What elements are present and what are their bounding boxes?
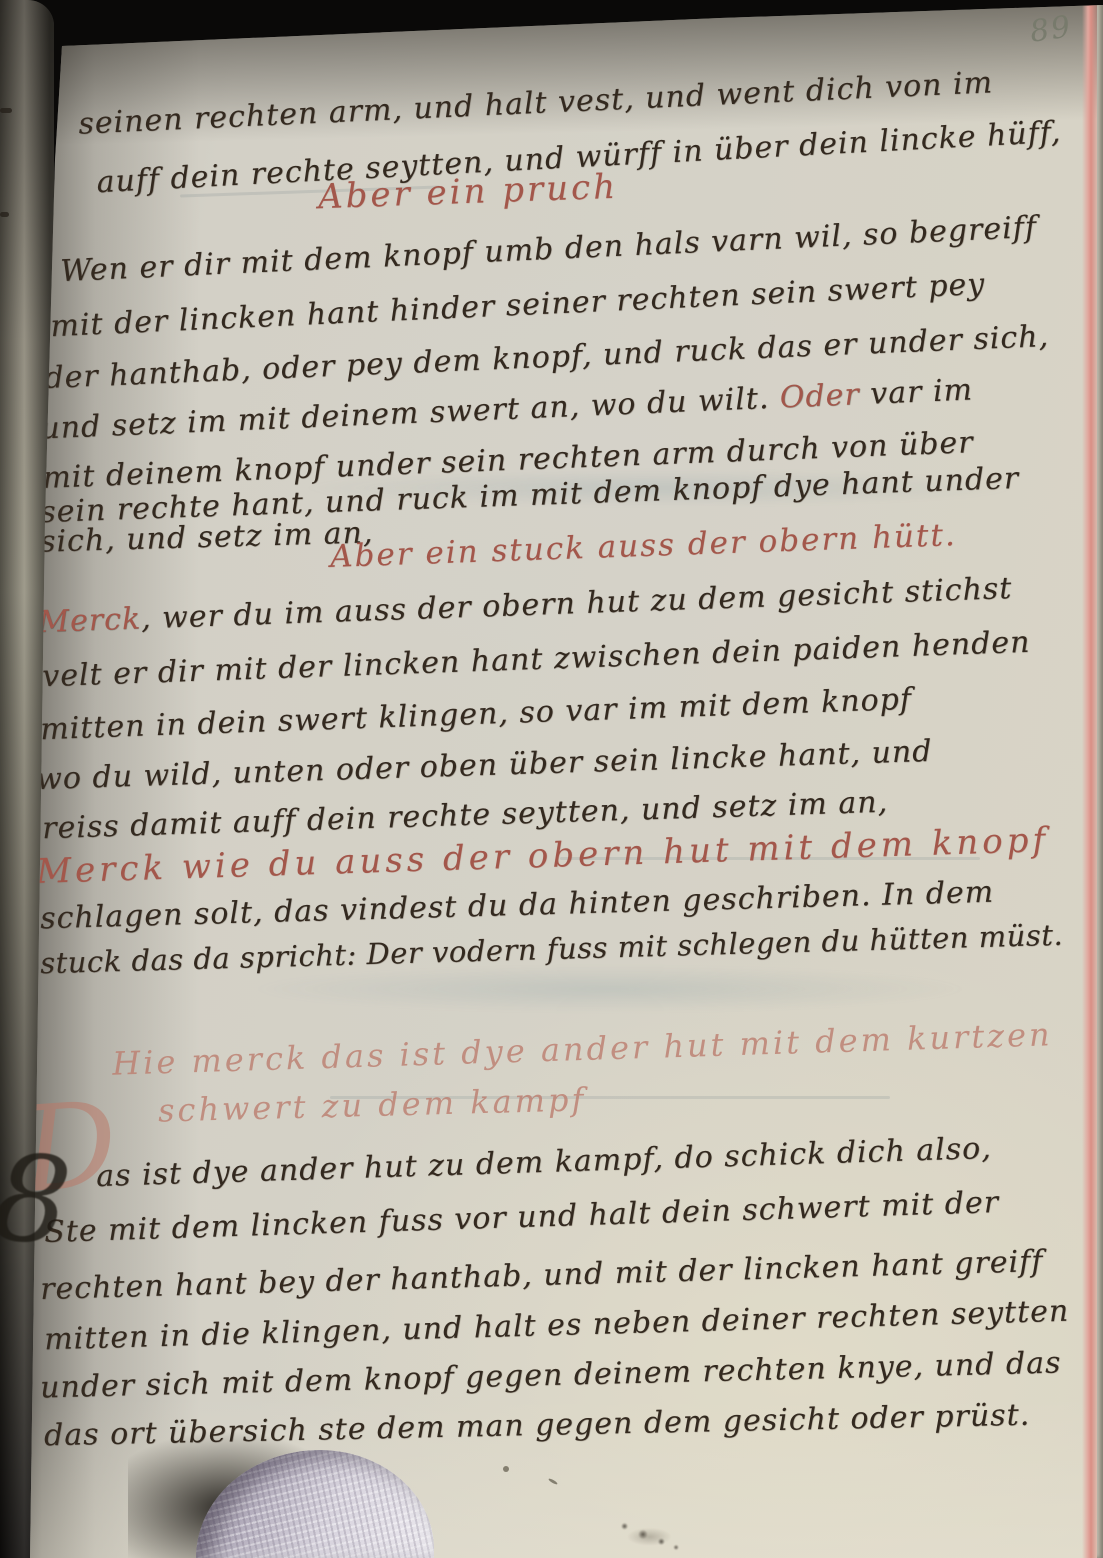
ink-smudge [608, 1508, 700, 1556]
stain [503, 1466, 509, 1472]
text-line: as ist dye ander hut zu dem kampf, do sc… [96, 1131, 993, 1194]
red-fore-edge [1082, 0, 1097, 1558]
text-segment: var im [859, 372, 974, 412]
edge-mark [0, 108, 12, 113]
edge-mark [0, 212, 9, 217]
folio-number: 89 [1028, 9, 1075, 50]
manuscript-page: 89 seinen rechten arm, und halt vest, un… [0, 0, 1103, 1558]
rubricated-word: Oder [779, 377, 860, 415]
rubric-hie-merck-line1: Hie merck das ist dye ander hut mit dem … [112, 1015, 1053, 1083]
rubricated-word: Merck [38, 601, 142, 640]
text-segment: , wer du im auss der obern hut zu dem ge… [140, 571, 1012, 636]
rubric-hie-merck-line2: schwert zu dem kampf [158, 1080, 587, 1129]
ghost-writing [250, 966, 970, 1012]
page-outer-edge [1097, 0, 1103, 1558]
rubric-aber-ein-stuck: Aber ein stuck auss der obern hütt. [330, 517, 958, 575]
